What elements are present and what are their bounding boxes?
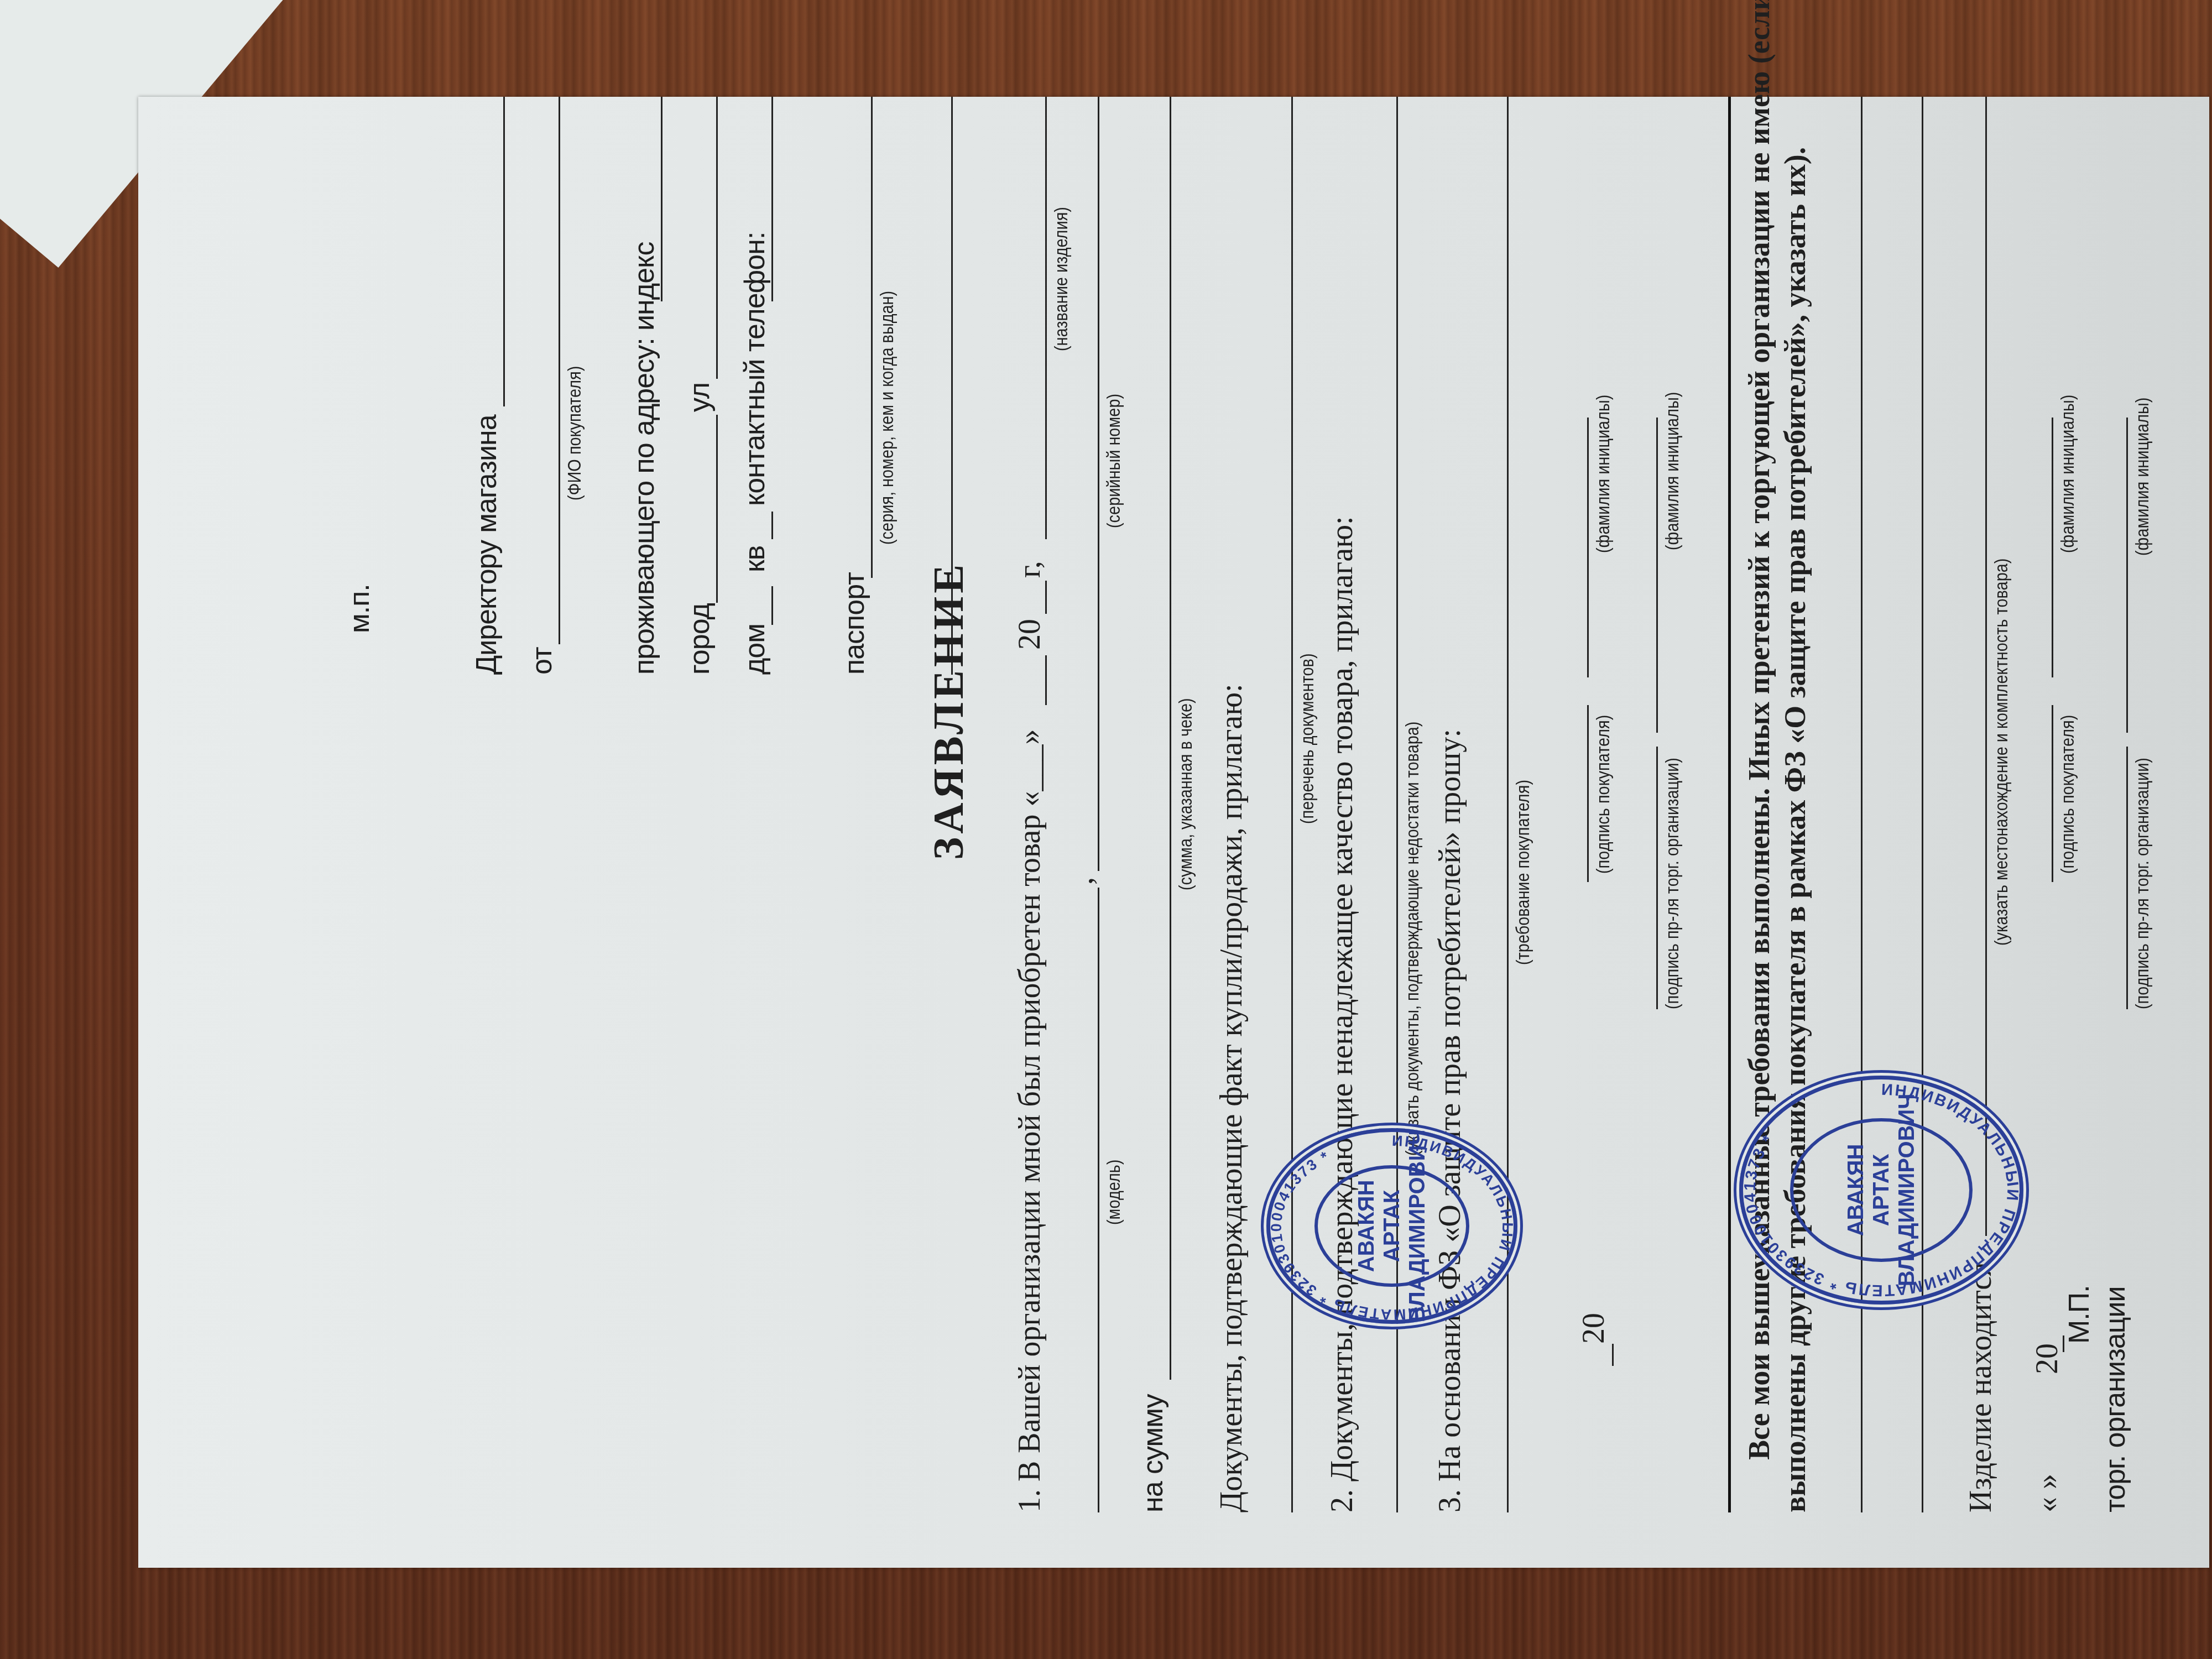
- section2-text: 2. Документы, подтверждающие ненадлежаще…: [1324, 516, 1360, 1512]
- model-field[interactable]: [1098, 888, 1099, 1512]
- apt-label: кв: [738, 546, 771, 572]
- quality-docs-hint: (указать документы, подтверждающие недос…: [1402, 722, 1423, 1156]
- from-label: от: [525, 647, 559, 675]
- purchase-month-field[interactable]: [1045, 655, 1047, 705]
- closing-date-year: 20: [2030, 1343, 2065, 1374]
- location-field[interactable]: [1985, 97, 1987, 1236]
- purchase-year-field[interactable]: [1045, 581, 1047, 614]
- fio-hint: (ФИО покупателя): [564, 366, 586, 500]
- buyer-name-field[interactable]: [559, 97, 560, 644]
- section3-text: 3. На основании ФЗ «О защите прав потреб…: [1432, 729, 1468, 1512]
- section1-text: 1. В Вашей организации мной был приобрет…: [1012, 729, 1047, 1512]
- street-label: ул: [683, 383, 716, 412]
- postal-index-field[interactable]: [661, 97, 662, 301]
- stamp-name-line: АВАКЯН: [1354, 1104, 1379, 1348]
- org-prefix-label: торг. организации: [2099, 1286, 2132, 1512]
- company-stamp: ИНДИВИДУАЛЬНЫЙ ПРЕДПРИНИМАТЕЛЬ * 3239301…: [1266, 1128, 1517, 1324]
- section3-org-name-hint: (фамилия инициалы): [1662, 392, 1683, 550]
- closing-statement-line2: выполнены другие требования покупателя в…: [1778, 147, 1812, 1512]
- closing-buyer-sign-hint: (подпись покупателя): [2057, 715, 2079, 874]
- closing-buyer-signature-field[interactable]: [2052, 705, 2053, 882]
- claim-form: м.п. Директору магазина от (ФИО покупате…: [138, 97, 2209, 1568]
- street-field[interactable]: [716, 97, 718, 379]
- city-label: город: [683, 603, 716, 675]
- stamp-name-line: АВАКЯН: [1843, 1052, 1869, 1328]
- house-field[interactable]: [771, 586, 773, 625]
- section-divider: [1728, 97, 1731, 1512]
- director-field[interactable]: [503, 97, 505, 406]
- closing-buyer-name-field[interactable]: [2052, 418, 2053, 677]
- section1-year-prefix: 20: [1012, 619, 1047, 650]
- stamp-name-line: АРТАК: [1869, 1052, 1894, 1328]
- request-hint: (требование покупателя): [1512, 780, 1534, 965]
- passport-label: паспорт: [838, 572, 871, 675]
- sum-hint: (сумма, указанная в чеке): [1175, 698, 1197, 890]
- location-hint: (указать местонахождение и комплектность…: [1991, 559, 2012, 946]
- closing-date-quotes: « »: [2030, 1474, 2065, 1512]
- to-director-label: Директору магазина: [470, 415, 503, 675]
- closing-org-name-hint: (фамилия инициалы): [2132, 398, 2153, 556]
- purchase-docs-label: Документы, подтверждающие факт купли/про…: [1214, 684, 1249, 1512]
- section3-buyer-name-hint: (фамилия инициалы): [1593, 395, 1614, 553]
- product-name-hint: (название изделия): [1051, 207, 1072, 351]
- purchase-docs-hint: (перечень документов): [1297, 653, 1318, 824]
- phone-field[interactable]: [771, 97, 773, 301]
- page-title: ЗАЯВЛЕНИЕ: [924, 561, 973, 860]
- section3-buyer-name-field[interactable]: [1587, 418, 1589, 677]
- section3-buyer-sign-hint: (подпись покупателя): [1593, 715, 1614, 874]
- closing-org-signature-field[interactable]: [2126, 747, 2128, 1009]
- company-stamp: ИНДИВИДУАЛЬНЫЙ ПРЕДПРИНИМАТЕЛЬ * 3239301…: [1739, 1076, 2023, 1305]
- comma: ,: [1065, 877, 1100, 885]
- section3-org-signature-field[interactable]: [1656, 747, 1658, 1009]
- stamp-name-line: ВЛАДИМИРОВИЧ: [1894, 1052, 1919, 1328]
- passport-hint: (серия, номер, кем и когда выдан): [877, 291, 898, 545]
- model-hint: (модель): [1103, 1160, 1125, 1225]
- section3-date-field[interactable]: [1612, 1344, 1614, 1366]
- section3-date-year: 20: [1576, 1313, 1611, 1344]
- sum-label: на сумму: [1136, 1394, 1170, 1512]
- section1-year-suffix: г,: [1012, 561, 1047, 578]
- serial-hint: (серийный номер): [1103, 394, 1125, 528]
- stamp-name-line: АРТАК: [1379, 1104, 1405, 1348]
- closing-org-sign-hint: (подпись пр-ля торг. организации): [2132, 758, 2153, 1009]
- phone-label: контактный телефон:: [738, 232, 771, 506]
- closing-org-name-field[interactable]: [2126, 418, 2128, 733]
- closing-mp-label: М.П.: [2063, 1285, 2096, 1344]
- stamp-name-line: ВЛАДИМИРОВИЧ: [1405, 1104, 1430, 1348]
- city-field[interactable]: [716, 415, 718, 603]
- closing-buyer-name-hint: (фамилия инициалы): [2057, 395, 2079, 553]
- apt-field[interactable]: [771, 512, 773, 539]
- section3-org-sign-hint: (подпись пр-ля торг. организации): [1662, 758, 1683, 1009]
- address-label: проживающего по адресу: индекс: [628, 242, 661, 675]
- section3-buyer-signature-field[interactable]: [1587, 705, 1589, 882]
- house-label: дом: [738, 624, 771, 675]
- product-name-field[interactable]: [1045, 97, 1047, 539]
- sum-field[interactable]: [1170, 97, 1171, 1380]
- section3-org-name-field[interactable]: [1656, 418, 1658, 733]
- mp-label: м.п.: [343, 584, 376, 633]
- serial-number-field[interactable]: [1098, 97, 1099, 871]
- passport-field[interactable]: [871, 97, 873, 578]
